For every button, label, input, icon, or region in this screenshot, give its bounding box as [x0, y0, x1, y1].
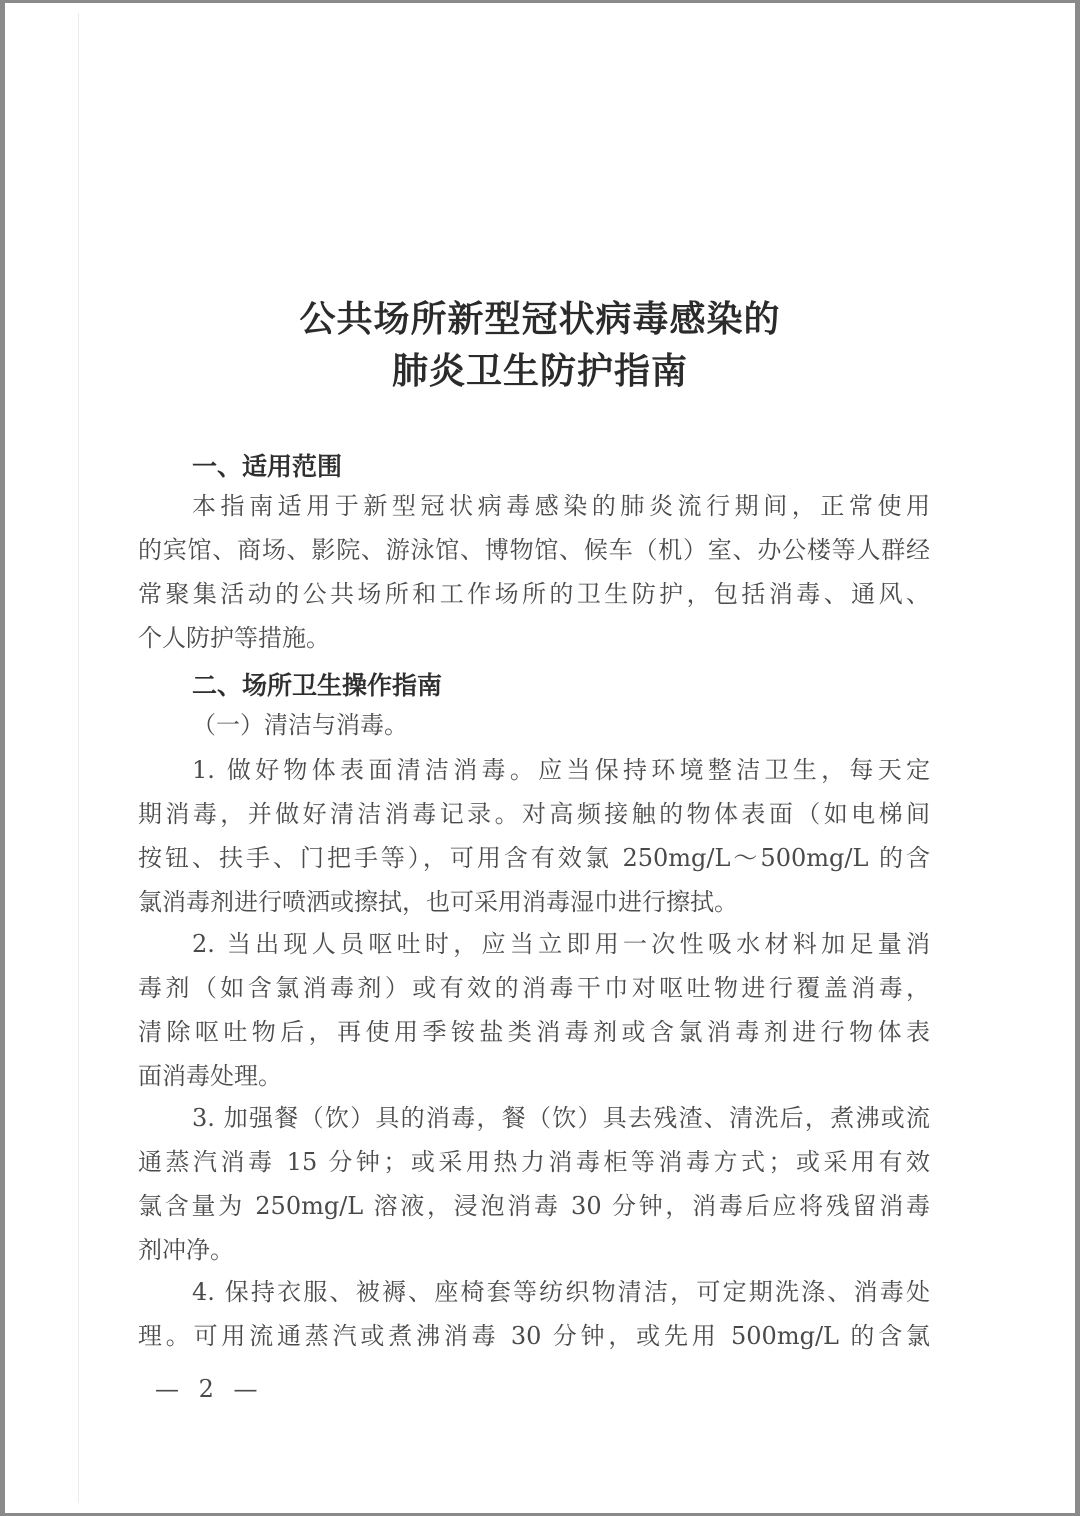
paragraph-line: 毒剂（如含氯消毒剂）或有效的消毒干巾对呕吐物进行覆盖消毒， [138, 972, 930, 1004]
paragraph-line: 的宾馆、商场、影院、游泳馆、博物馆、候车（机）室、办公楼等人群经 [138, 534, 930, 566]
paragraph-line: 期消毒，并做好清洁消毒记录。对高频接触的物体表面（如电梯间 [138, 798, 930, 830]
paragraph-line: 1. 做好物体表面清洁消毒。应当保持环境整洁卫生，每天定 [192, 754, 930, 786]
paragraph-line: 本指南适用于新型冠状病毒感染的肺炎流行期间，正常使用 [192, 490, 930, 522]
section-heading-scope: 一、适用范围 [192, 447, 342, 483]
document-title-line-2: 肺炎卫生防护指南 [5, 343, 1075, 394]
paragraph-line: 4. 保持衣服、被褥、座椅套等纺织物清洁，可定期洗涤、消毒处 [192, 1276, 930, 1308]
paragraph-line: 氯含量为 250mg/L 溶液，浸泡消毒 30 分钟，消毒后应将残留消毒 [138, 1190, 930, 1222]
paragraph-line: 3. 加强餐（饮）具的消毒，餐（饮）具去残渣、清洗后，煮沸或流 [192, 1102, 930, 1134]
subsection-heading-cleaning: （一）清洁与消毒。 [192, 709, 930, 741]
document-title-line-1: 公共场所新型冠状病毒感染的 [5, 291, 1075, 342]
paragraph-line: 面消毒处理。 [138, 1060, 930, 1092]
page-number: — 2 — [155, 1375, 264, 1403]
paragraph-line: 理。可用流通蒸汽或煮沸消毒 30 分钟，或先用 500mg/L 的含氯 [138, 1320, 930, 1352]
paragraph-line: 按钮、扶手、门把手等），可用含有效氯 250mg/L～500mg/L 的含 [138, 842, 930, 874]
paragraph-line: 清除呕吐物后，再使用季铵盐类消毒剂或含氯消毒剂进行物体表 [138, 1016, 930, 1048]
paragraph-line: 通蒸汽消毒 15 分钟；或采用热力消毒柜等消毒方式；或采用有效 [138, 1146, 930, 1178]
paragraph-line: 剂冲净。 [138, 1234, 930, 1266]
document-page: 公共场所新型冠状病毒感染的 肺炎卫生防护指南 一、适用范围 本指南适用于新型冠状… [5, 3, 1075, 1513]
paragraph-line: 个人防护等措施。 [138, 622, 930, 654]
paragraph-line: 常聚集活动的公共场所和工作场所的卫生防护，包括消毒、通风、 [138, 578, 930, 610]
scan-fold-line [78, 13, 79, 1503]
section-heading-operations: 二、场所卫生操作指南 [192, 666, 442, 702]
paragraph-line: 氯消毒剂进行喷洒或擦拭，也可采用消毒湿巾进行擦拭。 [138, 886, 930, 918]
paragraph-line: 2. 当出现人员呕吐时，应当立即用一次性吸水材料加足量消 [192, 928, 930, 960]
